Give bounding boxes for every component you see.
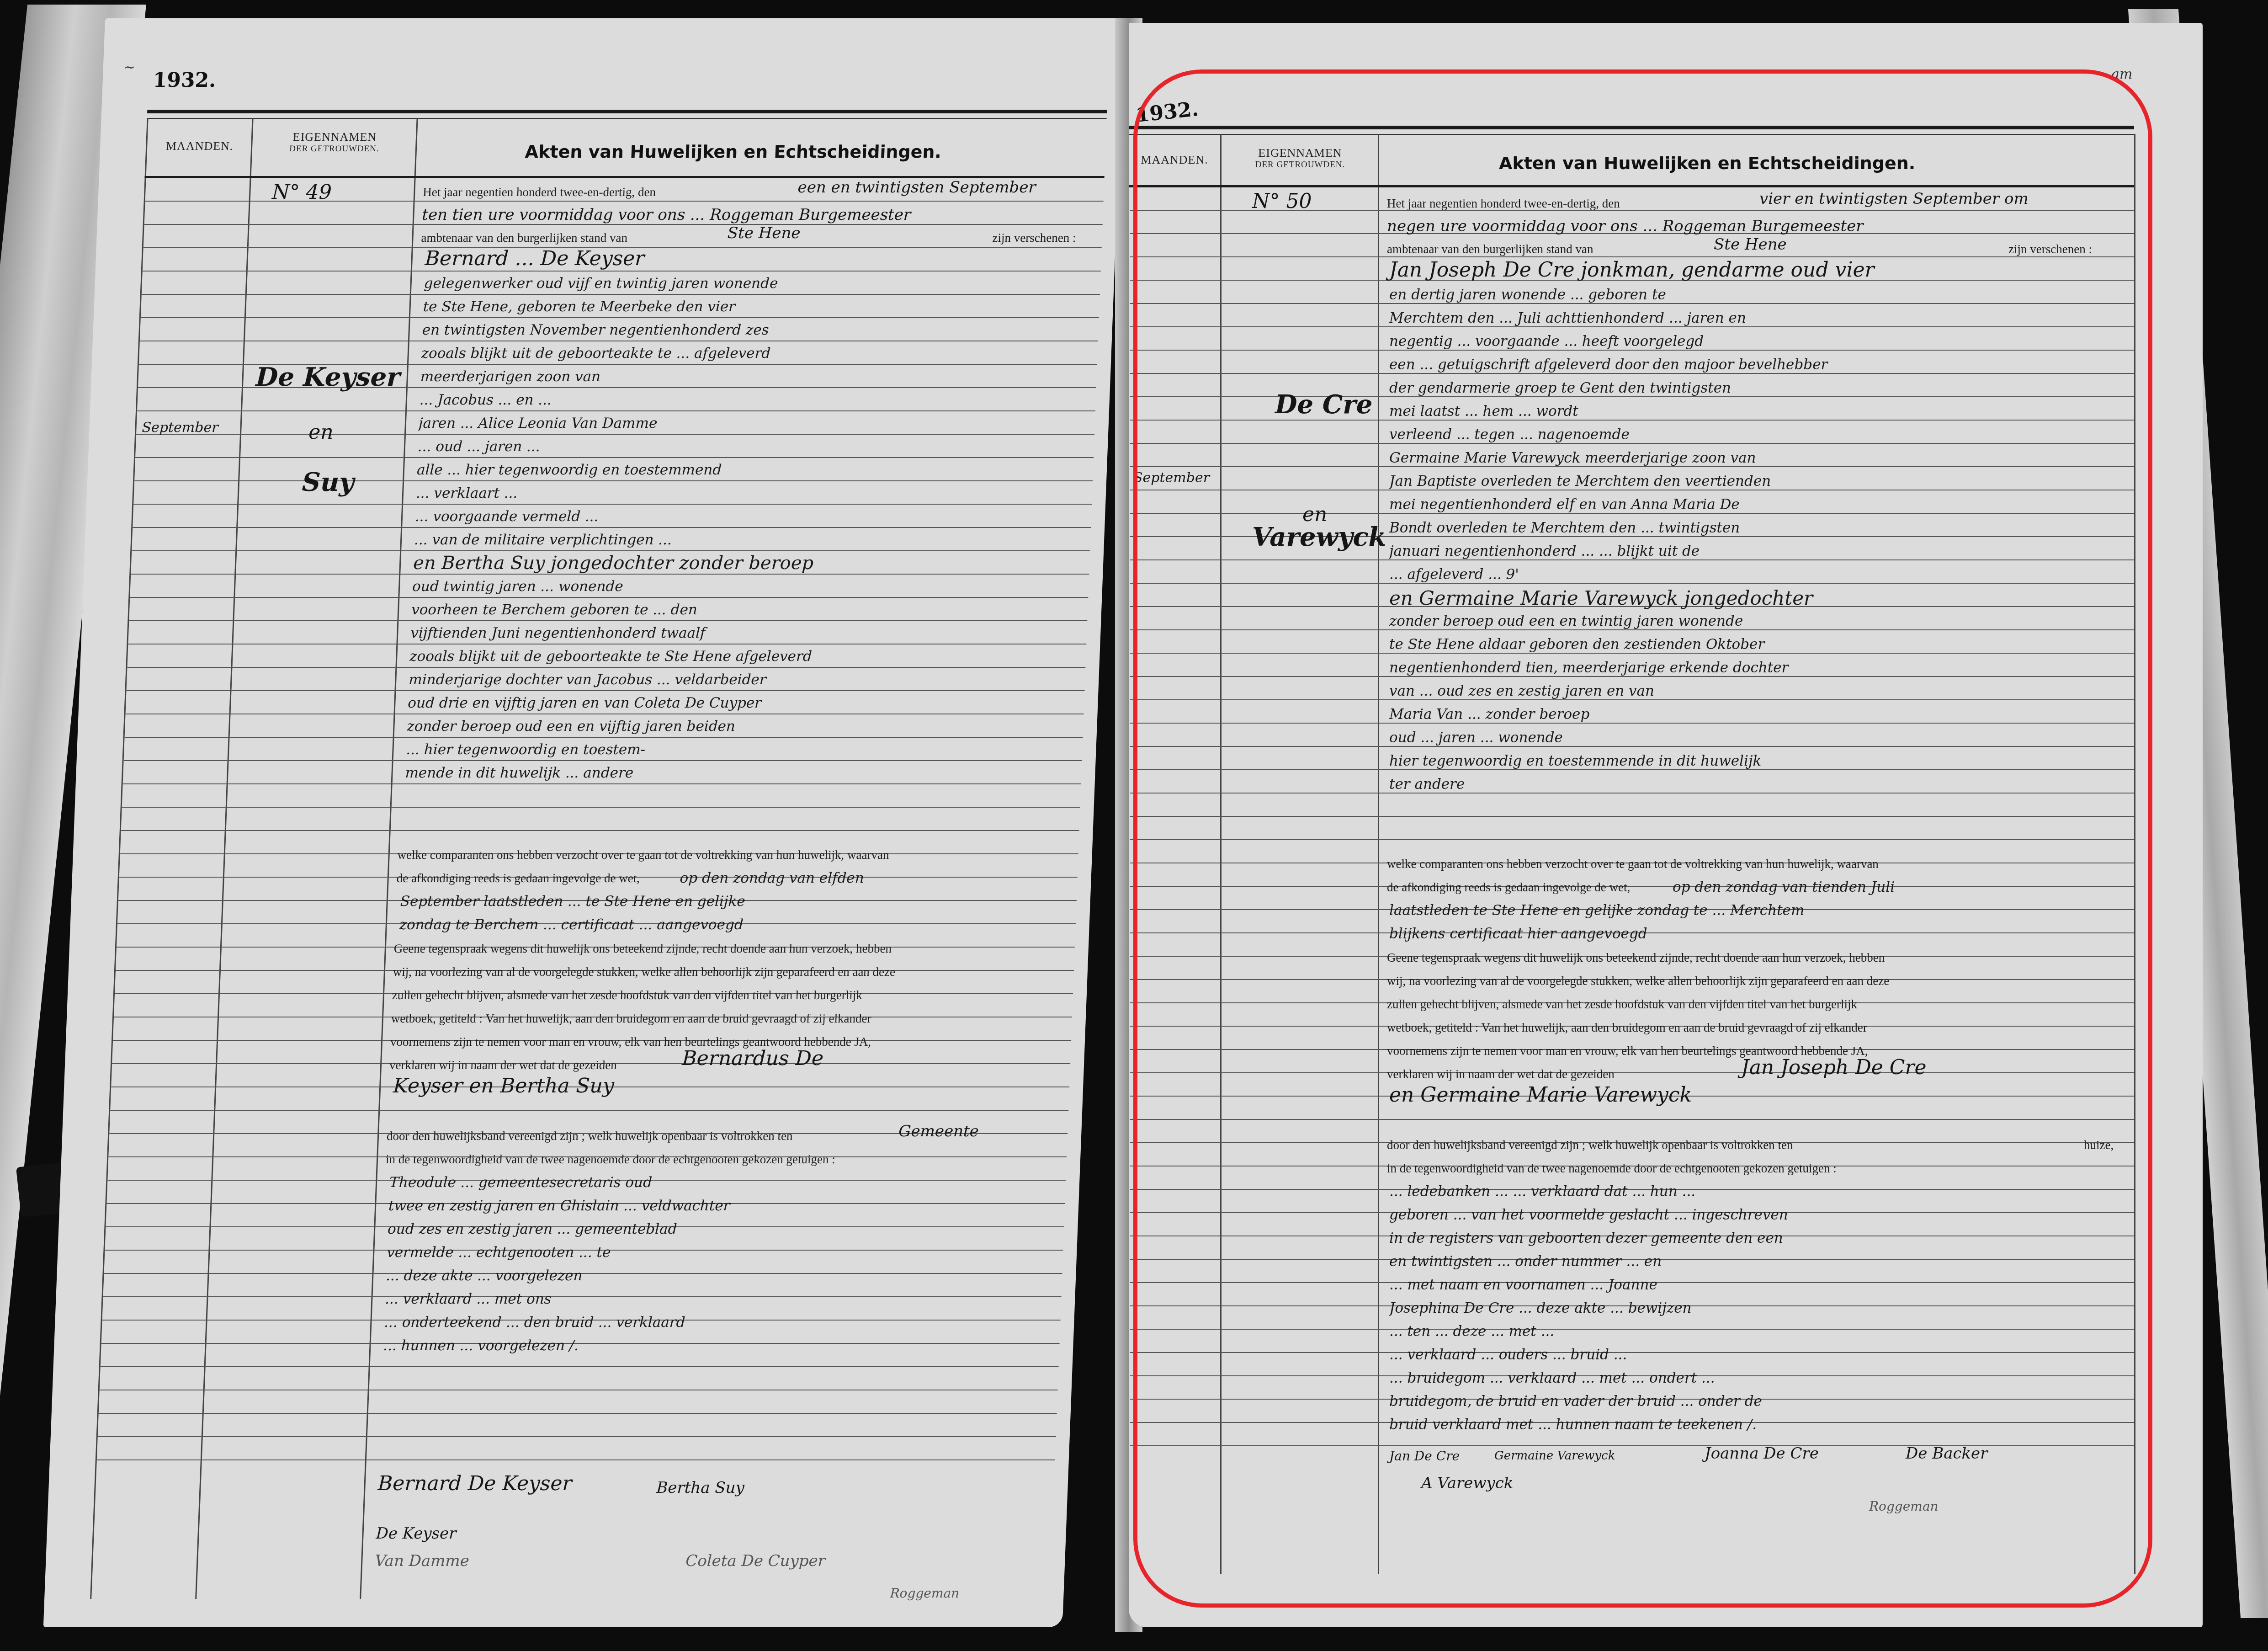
col-header-names-sub: DER GETROUWDEN.	[253, 144, 416, 154]
signature: Coleta De Cuyper	[685, 1550, 826, 1573]
house-entry: Gemeente	[898, 1120, 979, 1143]
printed-reading: wij, na voorlezing van al de voorgelegde…	[393, 960, 896, 984]
printed-request-line: welke comparanten ons hebben verzocht ov…	[397, 843, 890, 867]
printed-declare: verklaren wij in naam der wet dat de gez…	[389, 1054, 617, 1077]
body-line: ... oud ... jaren ...	[417, 435, 1090, 458]
signature: Bertha Suy	[656, 1476, 744, 1500]
body-line: jaren ... Alice Leonia Van Damme	[418, 412, 1091, 435]
printed-officer-line: ambtenaar van den burgerlijken stand van	[421, 226, 628, 250]
signature: De Keyser	[376, 1522, 457, 1545]
banns-line: zondag te Berchem ... certificaat ... aa…	[399, 913, 1072, 937]
bride-surname: Suy	[302, 471, 355, 494]
body-line: en twintigsten November negentienhonderd…	[422, 319, 1094, 342]
witness-line: vermelde ... echtgenooten ... te	[386, 1241, 1059, 1264]
body-line: minderjarige dochter van Jacobus ... vel…	[408, 668, 1081, 692]
witness-line: ... hunnen ... voorgelezen /.	[382, 1334, 1055, 1358]
body-line: voorheen te Berchem geboren te ... den	[411, 598, 1084, 622]
printed-code: wetboek, getiteld : Van het huwelijk, aa…	[391, 1007, 872, 1030]
body-line: gelegenwerker oud vijf en twintig jaren …	[424, 272, 1096, 295]
witness-line: twee en zestig jaren en Ghislain ... vel…	[388, 1194, 1061, 1218]
conjunction: en	[308, 421, 334, 444]
witness-line: ... deze akte ... voorgelezen	[385, 1264, 1058, 1288]
signature: Van Damme	[374, 1550, 470, 1573]
header-rule-thin	[147, 118, 1107, 119]
declared-names-2: Keyser en Bertha Suy	[393, 1074, 615, 1097]
page-title: Akten van Huwelijken en Echtscheidingen.	[525, 142, 942, 162]
signature: Bernard De Keyser	[377, 1472, 573, 1495]
body-line: ... verklaart ...	[415, 482, 1088, 505]
time-entry: ten tien ure voormiddag voor ons ... Rog…	[421, 203, 911, 227]
body-line: ... van de militaire verplichtingen ...	[414, 528, 1086, 552]
signature: Roggeman	[890, 1582, 960, 1605]
body-line: ... Jacobus ... en ...	[419, 389, 1092, 412]
printed-year-line: Het jaar negentien honderd twee-en-derti…	[422, 181, 656, 204]
banns-line: September laatstleden ... te Ste Hene en…	[400, 890, 1073, 913]
year-label: 1932.	[153, 69, 217, 92]
printed-united: door den huwelijksband vereenigd zijn ; …	[386, 1124, 793, 1148]
body-line: vijftienden Juni negentienhonderd twaalf	[410, 622, 1083, 645]
place-entry: Ste Hene	[727, 222, 801, 245]
header-rule	[147, 110, 1107, 113]
body-line: oud twintig jaren ... wonende	[412, 575, 1084, 598]
declared-names-1: Bernardus De	[682, 1047, 824, 1070]
col-header-months: MAANDEN.	[148, 139, 251, 153]
banns-line: op den zondag van elfden	[401, 867, 1073, 890]
witness-line: ... onderteekend ... den bruid ... verkl…	[383, 1311, 1056, 1334]
witness-line: ... verklaard ... met ons	[384, 1288, 1057, 1311]
printed-appeared: zijn verschenen :	[992, 226, 1077, 250]
printed-attached: zullen gehecht blijven, alsmede van het …	[392, 984, 863, 1007]
witnesses-block: Theodule ... gemeentesecretaris oud twee…	[382, 1171, 1062, 1358]
body-line: oud drie en vijftig jaren en van Coleta …	[407, 692, 1080, 715]
body-line: zooals blijkt uit de geboorteakte te ...…	[421, 342, 1094, 365]
groom-name-line: Bernard ... De Keyser	[425, 247, 645, 270]
pencil-mark: ~	[123, 59, 135, 75]
body-line: te Ste Hene, geboren te Meerbeke den vie…	[423, 295, 1095, 319]
groom-details-block: gelegenwerker oud vijf en twintig jaren …	[405, 272, 1096, 785]
body-line: mende in dit huwelijk ... andere	[405, 762, 1078, 785]
left-page: ~ 1932. MAANDEN. EIGENNAMEN DER GETROUWD…	[43, 18, 1124, 1627]
col-header-names-title: EIGENNAMEN	[292, 130, 377, 144]
body-line: en Bertha Suy jongedochter zonder beroep	[413, 552, 1085, 575]
highlight-annotation	[1133, 69, 2152, 1608]
act-number: N° 49	[271, 181, 332, 204]
witness-line: oud zes en zestig jaren ... gemeenteblad	[387, 1218, 1060, 1241]
body-line: alle ... hier tegenwoordig en toestemmen…	[416, 458, 1089, 482]
date-entry: een en twintigsten September	[797, 176, 1036, 199]
body-line: ... voorgaande vermeld ...	[414, 505, 1087, 528]
body-line: ... hier tegenwoordig en toestem-	[406, 738, 1078, 762]
printed-witnesses: in de tegenwoordigheid van de twee nagen…	[385, 1148, 836, 1171]
body-line: meerderjarigen zoon van	[420, 365, 1093, 389]
witness-line: Theodule ... gemeentesecretaris oud	[389, 1171, 1062, 1194]
month-entry: September	[142, 416, 219, 439]
body-line: zooals blijkt uit de geboorteakte te Ste…	[409, 645, 1082, 668]
body-line: zonder beroep oud een en vijftig jaren b…	[406, 715, 1079, 738]
banns-entry: op den zondag van elfden September laats…	[399, 867, 1073, 937]
groom-surname: De Keyser	[255, 366, 401, 389]
printed-no-objection: Geene tegenspraak wegens dit huwelijk on…	[393, 937, 892, 960]
col-header-names: EIGENNAMEN DER GETROUWDEN.	[253, 130, 416, 154]
